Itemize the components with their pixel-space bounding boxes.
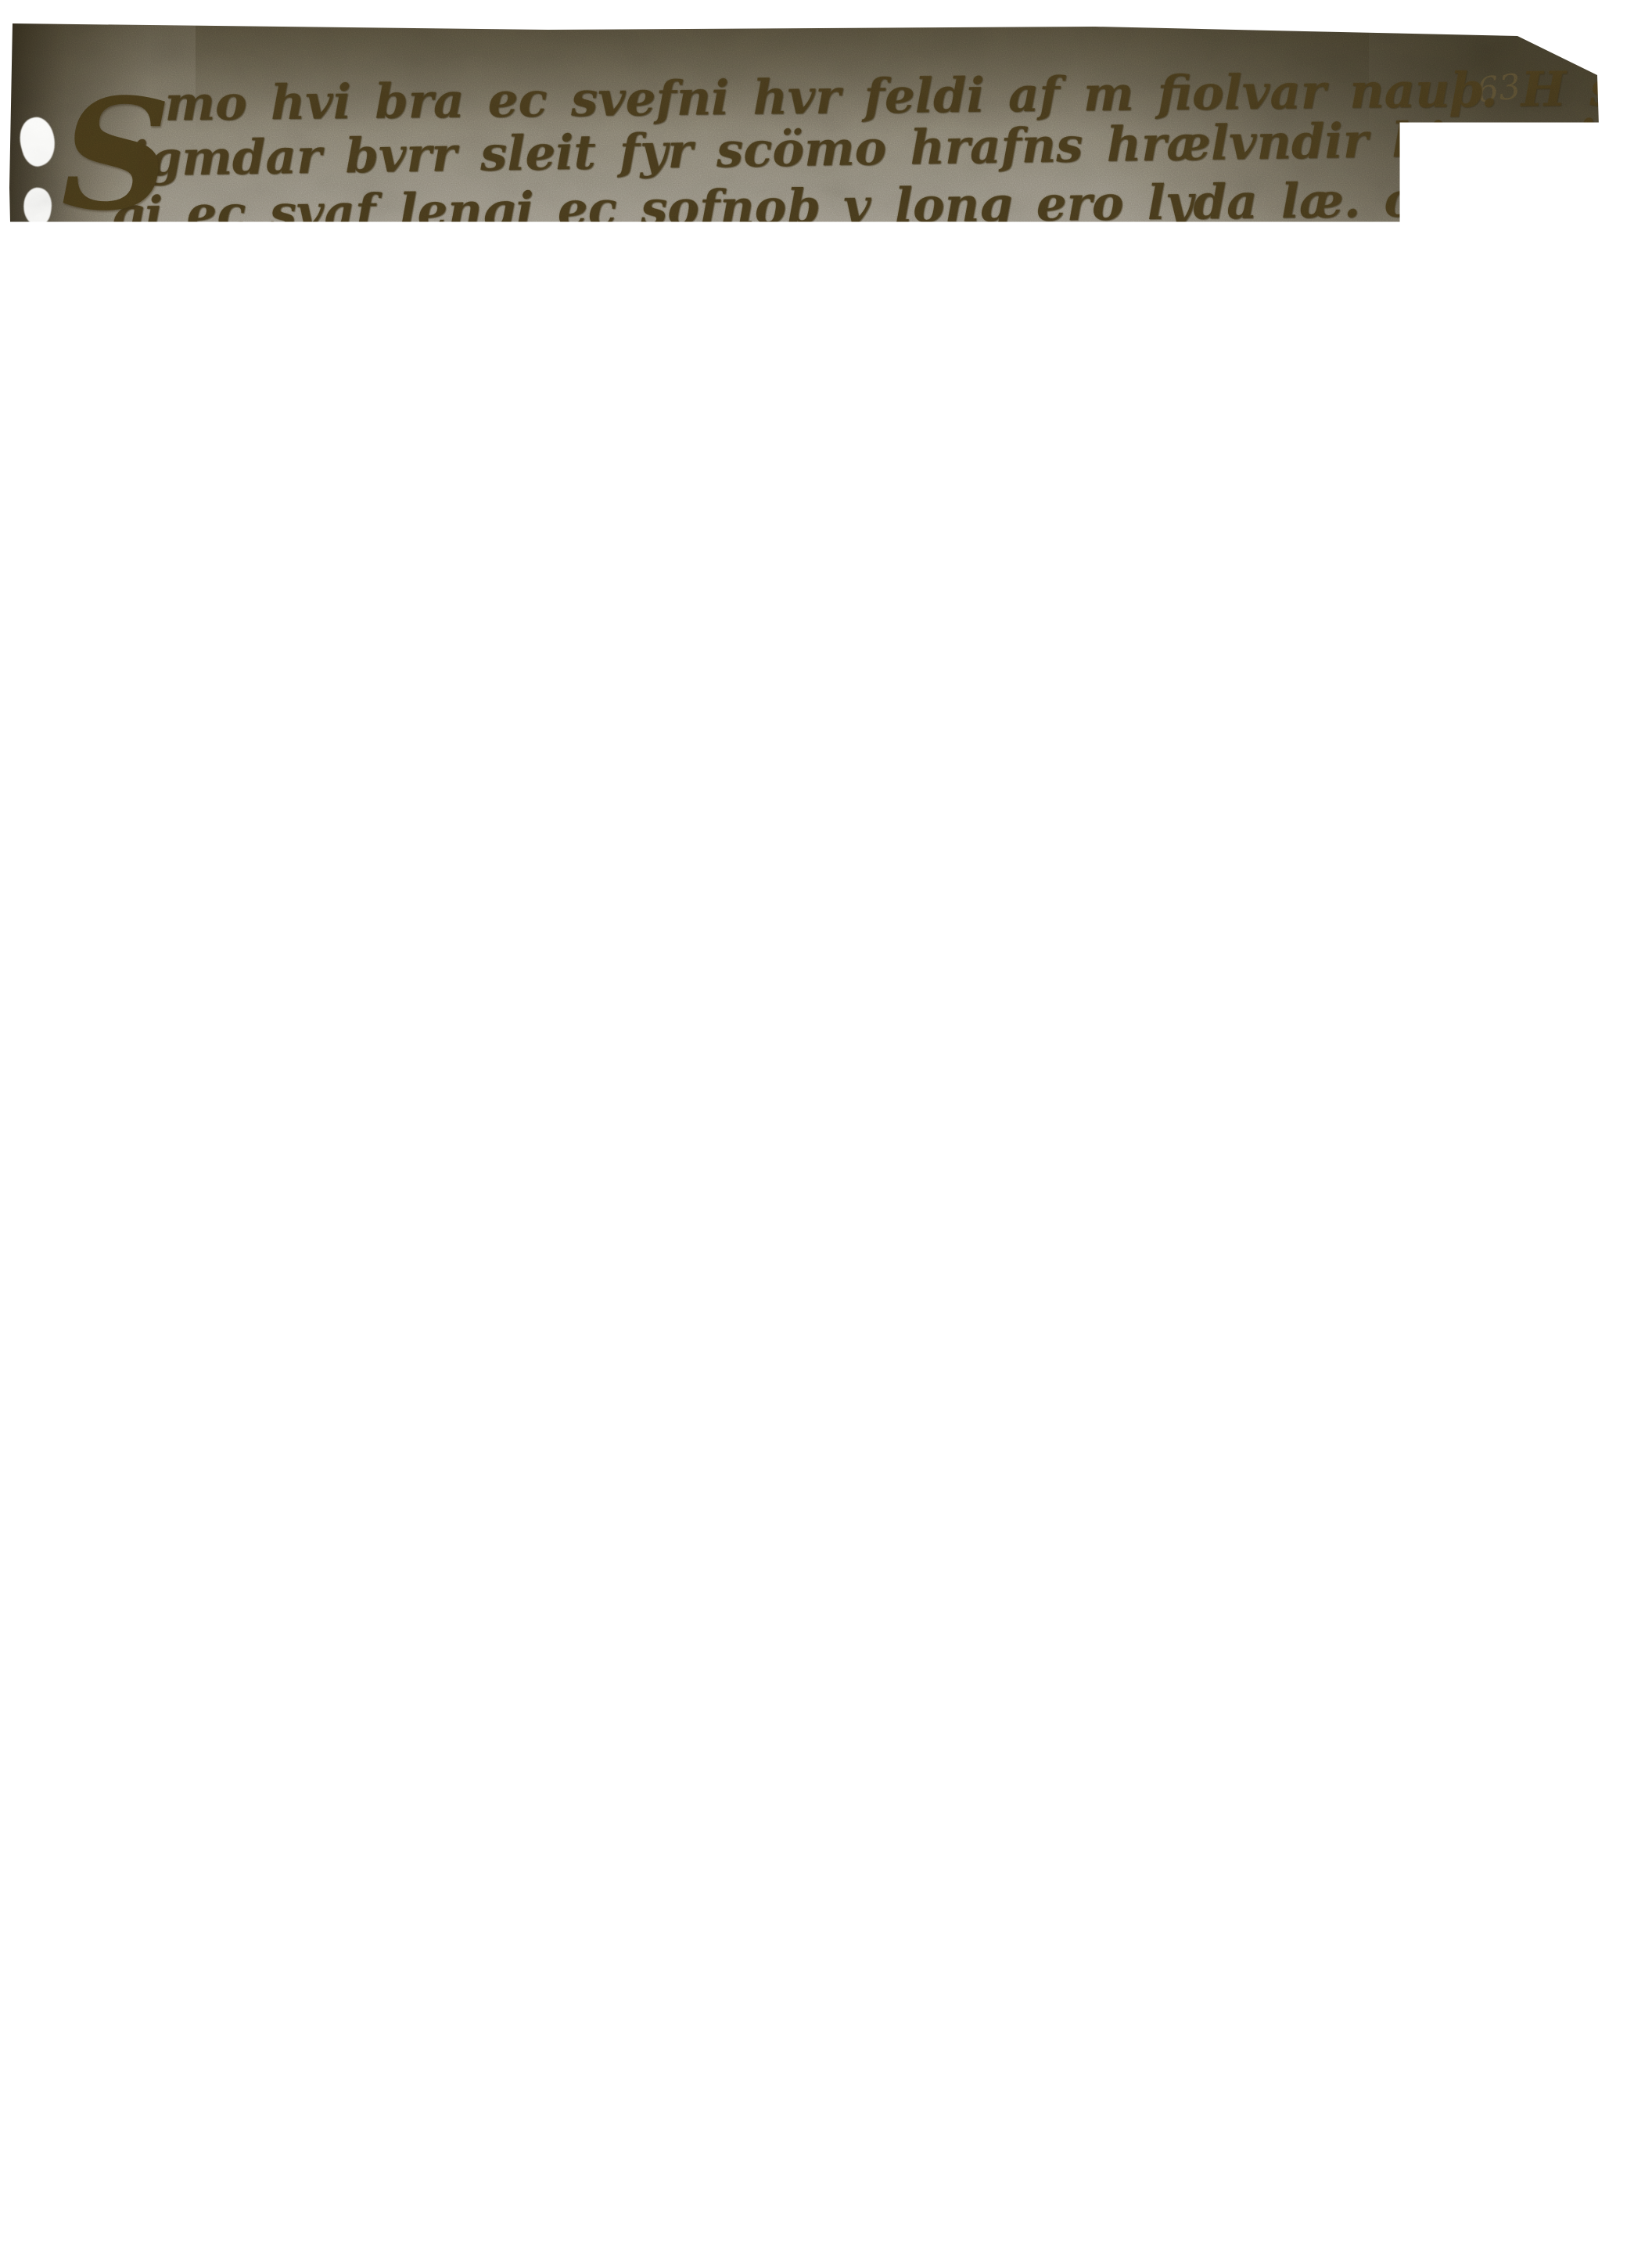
edge-nick (6, 1134, 17, 1174)
manuscript-photo: { "document": { "type_label": "medieval … (0, 0, 1652, 2251)
edge-nick (9, 923, 22, 961)
parchment-page: 63 mo hvi bra ec svefni hvr feldi af m f… (0, 0, 1652, 2251)
parchment-grain-texture (0, 0, 1652, 2251)
edge-nick (8, 1502, 20, 1545)
edge-nick (5, 743, 17, 786)
